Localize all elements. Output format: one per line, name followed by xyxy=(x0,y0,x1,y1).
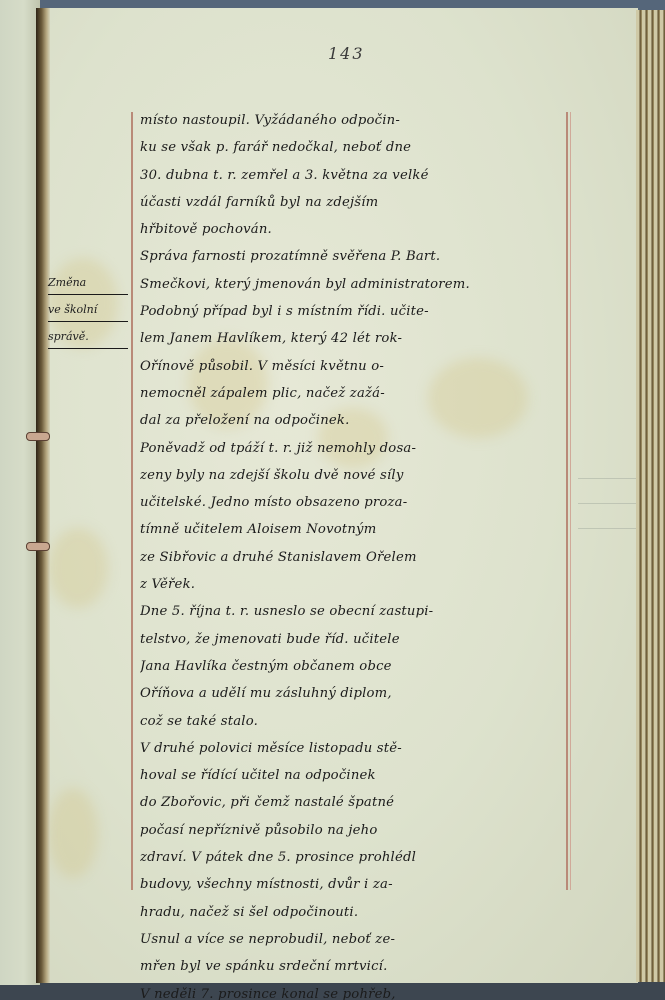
binding-stitch xyxy=(26,542,50,551)
margin-note-line: správě. xyxy=(48,326,128,349)
text-line: telstvo, že jmenovati bude říd. učitele xyxy=(140,626,565,653)
margin-note-line: ve školní xyxy=(48,299,128,322)
binding-stitch xyxy=(26,432,50,441)
text-line: Podobný případ byl i s místním řídi. uči… xyxy=(140,298,565,325)
text-line: účasti vzdál farníků byl na zdejším xyxy=(140,189,565,216)
paper-stain xyxy=(48,528,108,608)
text-line: z Věřek. xyxy=(140,571,565,598)
margin-rule-right-secondary xyxy=(570,112,571,890)
margin-note: Změna ve školní správě. xyxy=(48,272,128,353)
margin-note-line: Změna xyxy=(48,272,128,295)
text-line: V druhé polovici měsíce listopadu stě- xyxy=(140,735,565,762)
text-line: 30. dubna t. r. zemřel a 3. května za ve… xyxy=(140,162,565,189)
text-line: Správa farnosti prozatímně svěřena P. Ba… xyxy=(140,243,565,270)
text-line: Poněvadž od tpáží t. r. již nemohly dosa… xyxy=(140,435,565,462)
bleed-through-lines xyxy=(578,478,636,553)
page-stack-edge xyxy=(636,10,665,982)
text-line: počasí nepříznivě působilo na jeho xyxy=(140,817,565,844)
text-line: do Zbořovic, při čemž nastalé špatné xyxy=(140,789,565,816)
text-line: mřen byl ve spánku srdeční mrtvicí. xyxy=(140,953,565,980)
text-line: zdraví. V pátek dne 5. prosince prohlédl xyxy=(140,844,565,871)
text-line: Usnul a více se neprobudil, neboť ze- xyxy=(140,926,565,953)
text-line: Jana Havlíka čestným občanem obce xyxy=(140,653,565,680)
text-line: Dne 5. října t. r. usneslo se obecní zas… xyxy=(140,598,565,625)
paper-stain xyxy=(48,788,98,878)
text-line: dal za přeložení na odpočinek. xyxy=(140,407,565,434)
text-line: hradu, načež si šel odpočinouti. xyxy=(140,899,565,926)
text-line: ku se však p. farář nedočkal, neboť dne xyxy=(140,134,565,161)
text-line: Smečkovi, který jmenován byl administrat… xyxy=(140,271,565,298)
text-line: učitelské. Jedno místo obsazeno prozа- xyxy=(140,489,565,516)
facing-page-edge xyxy=(0,0,40,985)
text-line: hřbitově pochován. xyxy=(140,216,565,243)
margin-rule-left xyxy=(131,112,133,890)
text-line: nemocněl zápalem plic, načež zažá- xyxy=(140,380,565,407)
handwritten-body: místo nastoupil. Vyžádaného odpočin- ku … xyxy=(140,107,565,1000)
text-line: místo nastoupil. Vyžádaného odpočin- xyxy=(140,107,565,134)
text-line: Oříňova a udělí mu zásluhný diplom, xyxy=(140,680,565,707)
text-line: lem Janem Havlíkem, který 42 lét rok- xyxy=(140,325,565,352)
text-line: Ořínově působil. V měsíci květnu o- xyxy=(140,353,565,380)
book-gutter xyxy=(36,8,50,983)
text-line: V neděli 7. prosince konal se pohřeb, xyxy=(140,981,565,1000)
text-line: ze Sibřovic a druhé Stanislavem Ořelem xyxy=(140,544,565,571)
text-line: budovy, všechny místnosti, dvůr i za- xyxy=(140,871,565,898)
text-line: hoval se řídící učitel na odpočinek xyxy=(140,762,565,789)
text-line: tímně učitelem Aloisem Novotným xyxy=(140,516,565,543)
text-line: což se také stalo. xyxy=(140,708,565,735)
page-number: 143 xyxy=(328,44,365,63)
margin-rule-right xyxy=(566,112,568,890)
text-line: zeny byly na zdejší školu dvě nové síly xyxy=(140,462,565,489)
